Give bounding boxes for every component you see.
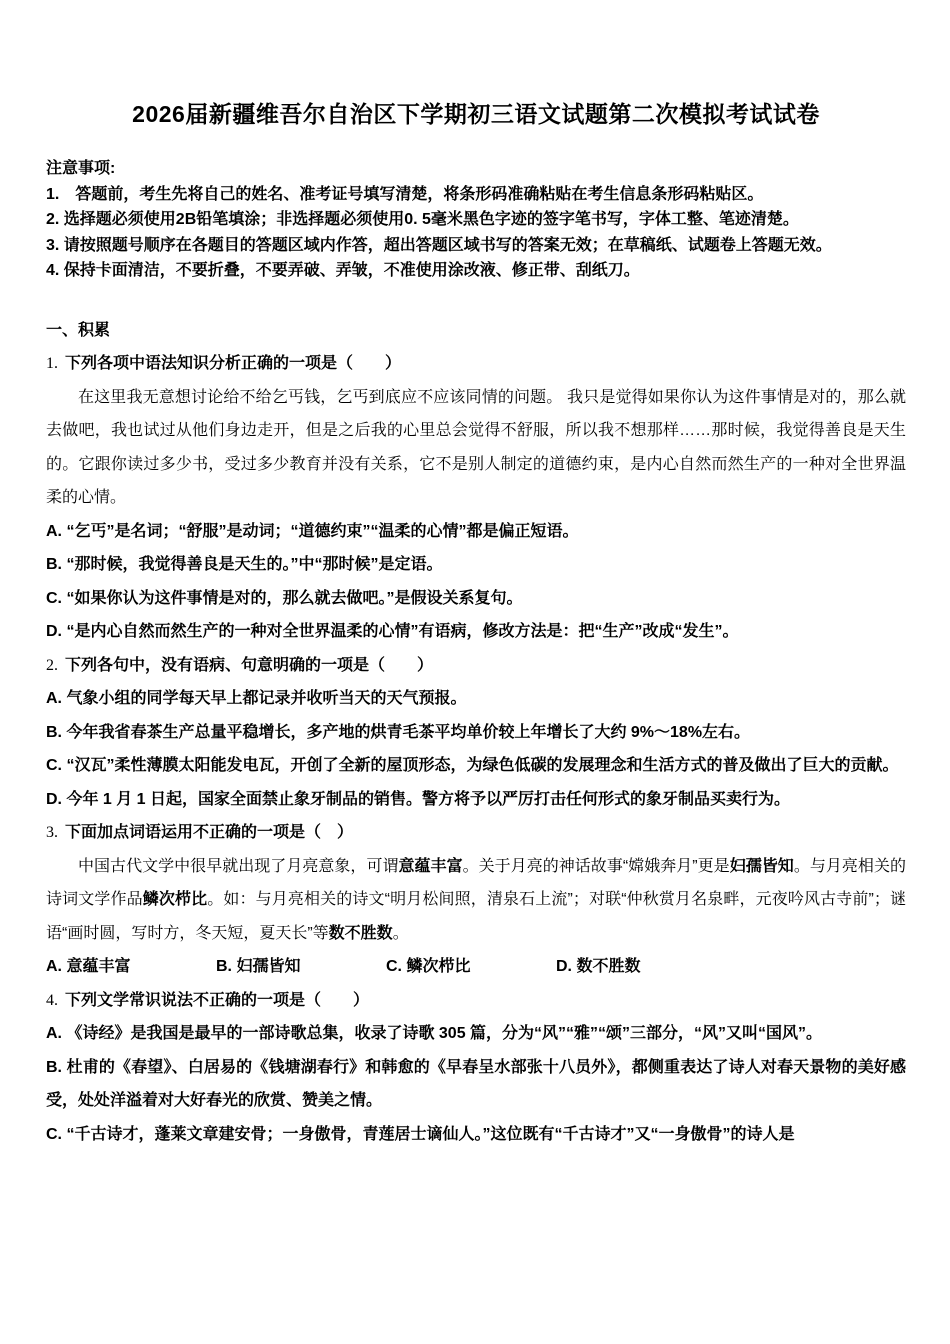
question-2-option-c: C. “汉瓦”柔性薄膜太阳能发电瓦，开创了全新的屋顶形态，为绿色低碳的发展理念和… [46, 749, 906, 783]
notice-item-3: 3. 请按照题号顺序在各题目的答题区域内作答，超出答题区域书写的答案无效；在草稿… [46, 233, 906, 259]
question-3-passage: 中国古代文学中很早就出现了月亮意象，可谓意蕴丰富。关于月亮的神话故事“嫦娥奔月”… [46, 850, 906, 951]
question-2-number: 2. [46, 657, 65, 674]
question-1-stem-text: 下列各项中语法知识分析正确的一项是（ ） [65, 355, 401, 372]
notice-item-2: 2. 选择题必须使用2B铅笔填涂；非选择题必须使用0. 5毫米黑色字迹的签字笔书… [46, 207, 906, 233]
question-3: 3.下面加点词语运用不正确的一项是（ ） 中国古代文学中很早就出现了月亮意象，可… [46, 816, 906, 984]
question-2: 2.下列各句中，没有语病、句意明确的一项是（ ） A. 气象小组的同学每天早上都… [46, 649, 906, 817]
question-3-stem: 3.下面加点词语运用不正确的一项是（ ） [46, 816, 906, 850]
question-1-option-d: D. “是内心自然而然生产的一种对全世界温柔的心情”有语病，修改方法是：把“生产… [46, 615, 906, 649]
question-3-number: 3. [46, 824, 65, 841]
exam-paper-page: 2026届新疆维吾尔自治区下学期初三语文试题第二次模拟考试试卷 注意事项: 1.… [0, 0, 950, 1151]
notice-section: 注意事项: 1. 答题前，考生先将自己的姓名、准考证号填写清楚，将条形码准确粘贴… [46, 156, 906, 284]
question-4-stem-text: 下列文学常识说法不正确的一项是（ ） [65, 992, 369, 1009]
question-1-option-b: B. “那时候，我觉得善良是天生的。”中“那时候”是定语。 [46, 548, 906, 582]
question-4-option-b: B. 杜甫的《春望》、白居易的《钱塘湖春行》和韩愈的《早春呈水部张十八员外》，都… [46, 1051, 906, 1118]
question-4: 4.下列文学常识说法不正确的一项是（ ） A. 《诗经》是我国是最早的一部诗歌总… [46, 984, 906, 1152]
question-3-option-d: D. 数不胜数 [556, 950, 640, 984]
question-2-option-a: A. 气象小组的同学每天早上都记录并收听当天的天气预报。 [46, 682, 906, 716]
notice-item-4: 4. 保持卡面清洁，不要折叠，不要弄破、弄皱，不准使用涂改液、修正带、刮纸刀。 [46, 258, 906, 284]
question-4-option-c: C. “千古诗才，蓬莱文章建安骨；一身傲骨，青莲居士谪仙人。”这位既有“千古诗才… [46, 1118, 906, 1152]
question-3-options: A. 意蕴丰富 B. 妇孺皆知 C. 鳞次栉比 D. 数不胜数 [46, 950, 906, 984]
question-1-option-a: A. “乞丐”是名词；“舒服”是动词；“道德约束”“温柔的心情”都是偏正短语。 [46, 515, 906, 549]
question-3-option-a: A. 意蕴丰富 [46, 950, 216, 984]
question-2-stem-text: 下列各句中，没有语病、句意明确的一项是（ ） [65, 657, 433, 674]
page-title: 2026届新疆维吾尔自治区下学期初三语文试题第二次模拟考试试卷 [46, 99, 906, 129]
question-4-stem: 4.下列文学常识说法不正确的一项是（ ） [46, 984, 906, 1018]
notice-item-1: 1. 答题前，考生先将自己的姓名、准考证号填写清楚，将条形码准确粘贴在考生信息条… [46, 182, 906, 208]
question-2-stem: 2.下列各句中，没有语病、句意明确的一项是（ ） [46, 649, 906, 683]
question-3-option-b: B. 妇孺皆知 [216, 950, 386, 984]
question-1-stem: 1.下列各项中语法知识分析正确的一项是（ ） [46, 347, 906, 381]
question-1-number: 1. [46, 355, 65, 372]
section-heading: 一、积累 [46, 314, 906, 348]
question-1: 1.下列各项中语法知识分析正确的一项是（ ） 在这里我无意想讨论给不给乞丐钱，乞… [46, 347, 906, 649]
question-1-passage: 在这里我无意想讨论给不给乞丐钱，乞丐到底应不应该同情的问题。 我只是觉得如果你认… [46, 381, 906, 515]
question-4-number: 4. [46, 992, 65, 1009]
question-4-option-a: A. 《诗经》是我国是最早的一部诗歌总集，收录了诗歌 305 篇，分为“风”“雅… [46, 1017, 906, 1051]
question-1-option-c: C. “如果你认为这件事情是对的，那么就去做吧。”是假设关系复句。 [46, 582, 906, 616]
question-2-option-d: D. 今年 1 月 1 日起，国家全面禁止象牙制品的销售。警方将予以严厉打击任何… [46, 783, 906, 817]
question-3-option-c: C. 鳞次栉比 [386, 950, 556, 984]
question-2-option-b: B. 今年我省春茶生产总量平稳增长，多产地的烘青毛茶平均单价较上年增长了大约 9… [46, 716, 906, 750]
notice-heading: 注意事项: [46, 156, 906, 182]
question-area: 一、积累 1.下列各项中语法知识分析正确的一项是（ ） 在这里我无意想讨论给不给… [46, 314, 906, 1152]
question-3-stem-text: 下面加点词语运用不正确的一项是（ ） [65, 824, 353, 841]
